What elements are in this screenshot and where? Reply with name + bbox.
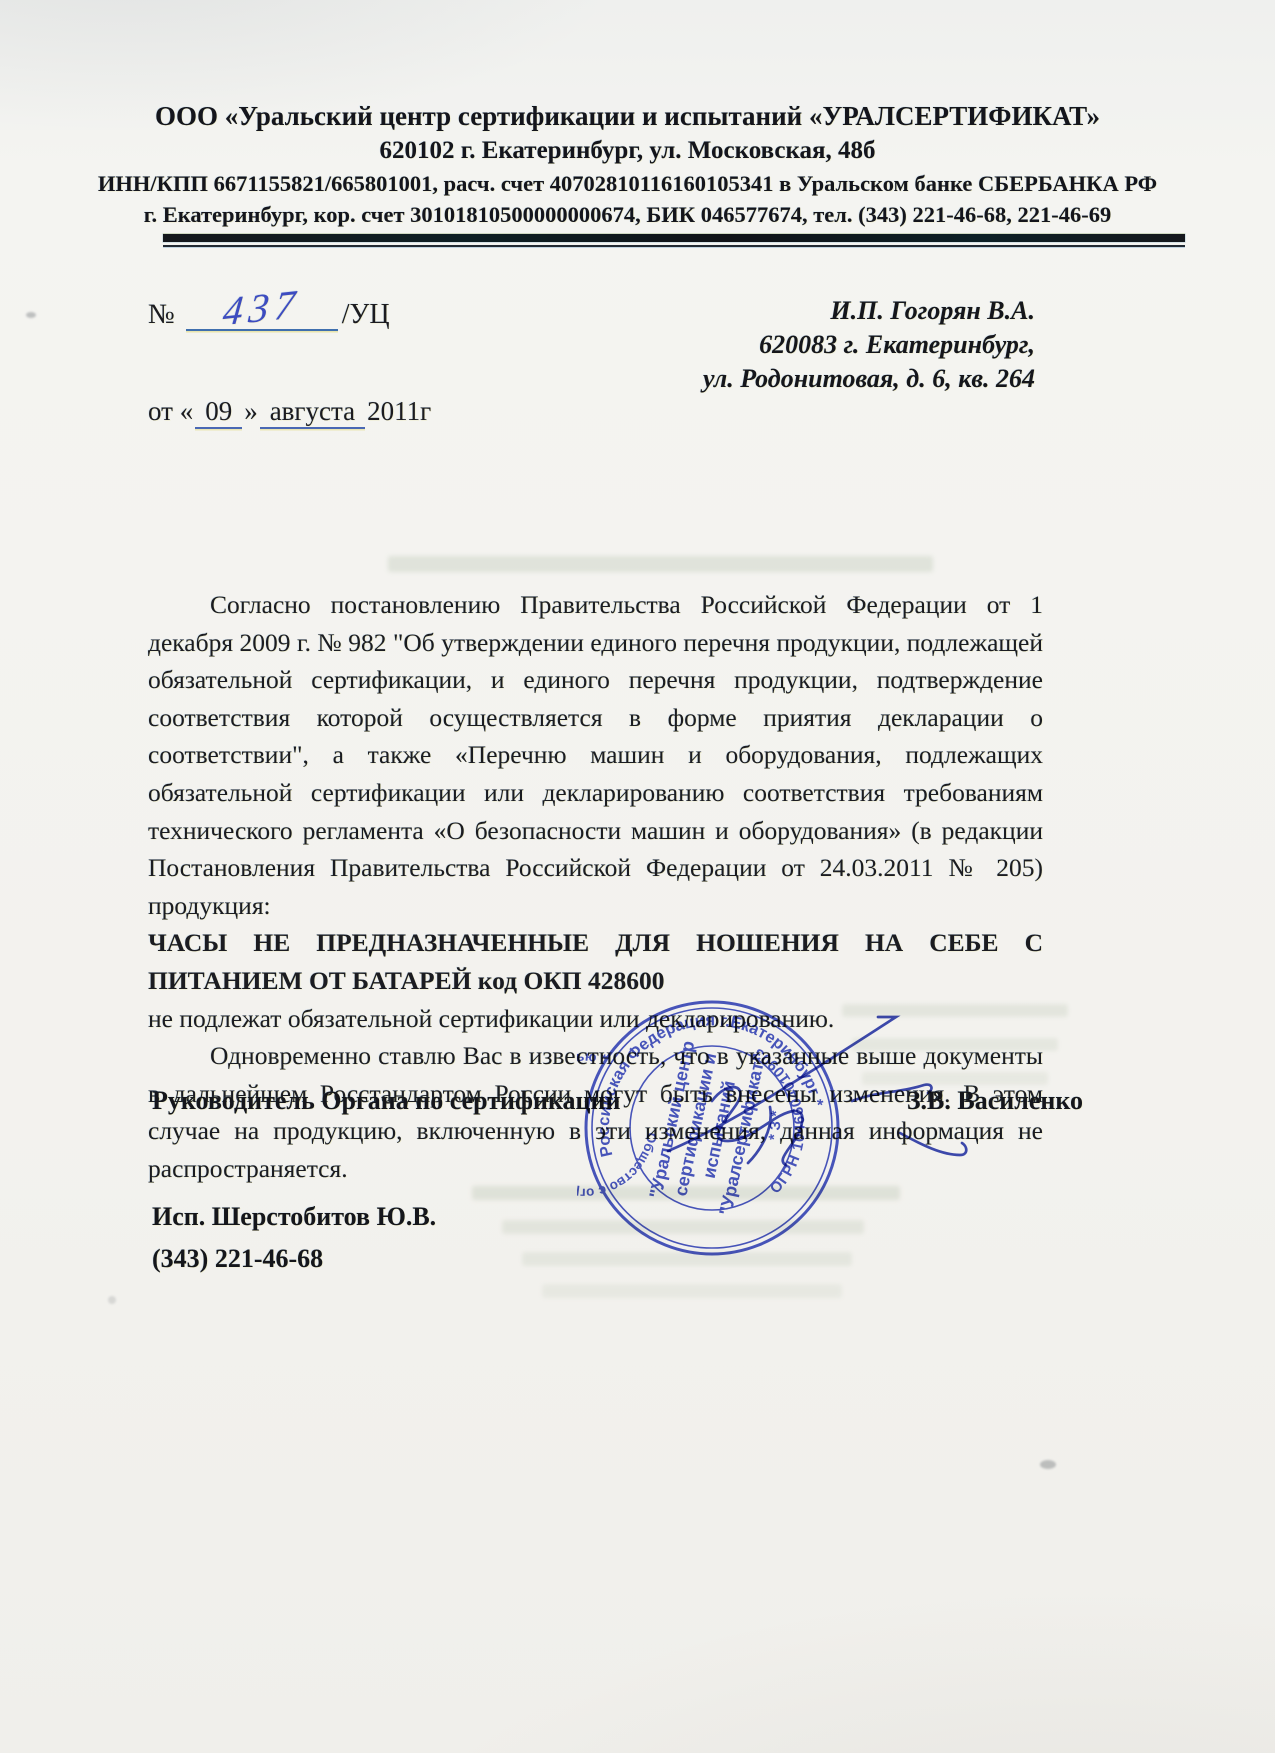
recipient-postcode-city: 620083 г. Екатеринбург, [703, 328, 1035, 362]
number-suffix: /УЦ [342, 299, 390, 330]
recipient-block: И.П. Гогорян В.А. 620083 г. Екатеринбург… [703, 294, 1035, 396]
company-inn-account: ИНН/КПП 6671155821/665801001, расч. счет… [85, 168, 1170, 199]
date-prefix: от « [148, 396, 193, 426]
recipient-name: И.П. Гогорян В.А. [703, 294, 1035, 328]
date-year: 2011г [367, 396, 431, 426]
handwritten-signature [600, 983, 1020, 1213]
number-underline: 437 [186, 288, 338, 331]
date-day: 09 [195, 396, 242, 429]
scan-speck [26, 312, 36, 318]
executor-phone: (343) 221-46-68 [152, 1238, 436, 1280]
executor-name: Исп. Шерстобитов Ю.В. [152, 1196, 436, 1238]
date-line: от «09»августа2011г [148, 396, 431, 429]
bleedthrough-smudge [388, 556, 933, 572]
date-close-quote: » [244, 396, 258, 426]
letterhead-divider-rule [163, 234, 1185, 242]
scan-speck [108, 1296, 116, 1304]
date-month: августа [260, 396, 365, 429]
company-address: 620102 г. Екатеринбург, ул. Московская, … [85, 134, 1170, 168]
letterhead: ООО «Уральский центр сертификации и испы… [85, 98, 1170, 230]
scanned-letter-page: ООО «Уральский центр сертификации и испы… [0, 0, 1275, 1753]
bleedthrough-smudge [542, 1284, 842, 1298]
company-corr-account: г. Екатеринбург, кор. счет 3010181050000… [85, 199, 1170, 230]
handwritten-number: 437 [221, 284, 303, 333]
executor-block: Исп. Шерстобитов Ю.В. (343) 221-46-68 [152, 1196, 436, 1280]
reference-number-line: № 437/УЦ [148, 288, 390, 331]
signer-title: Руководитель Органа по сертификации [152, 1086, 620, 1116]
body-paragraph-1: Согласно постановлению Правительства Рос… [148, 586, 1043, 924]
recipient-street: ул. Родонитовая, д. 6, кв. 264 [703, 362, 1035, 396]
scan-speck [1040, 1460, 1056, 1469]
number-label: № [148, 299, 175, 330]
company-name: ООО «Уральский центр сертификации и испы… [85, 98, 1170, 134]
